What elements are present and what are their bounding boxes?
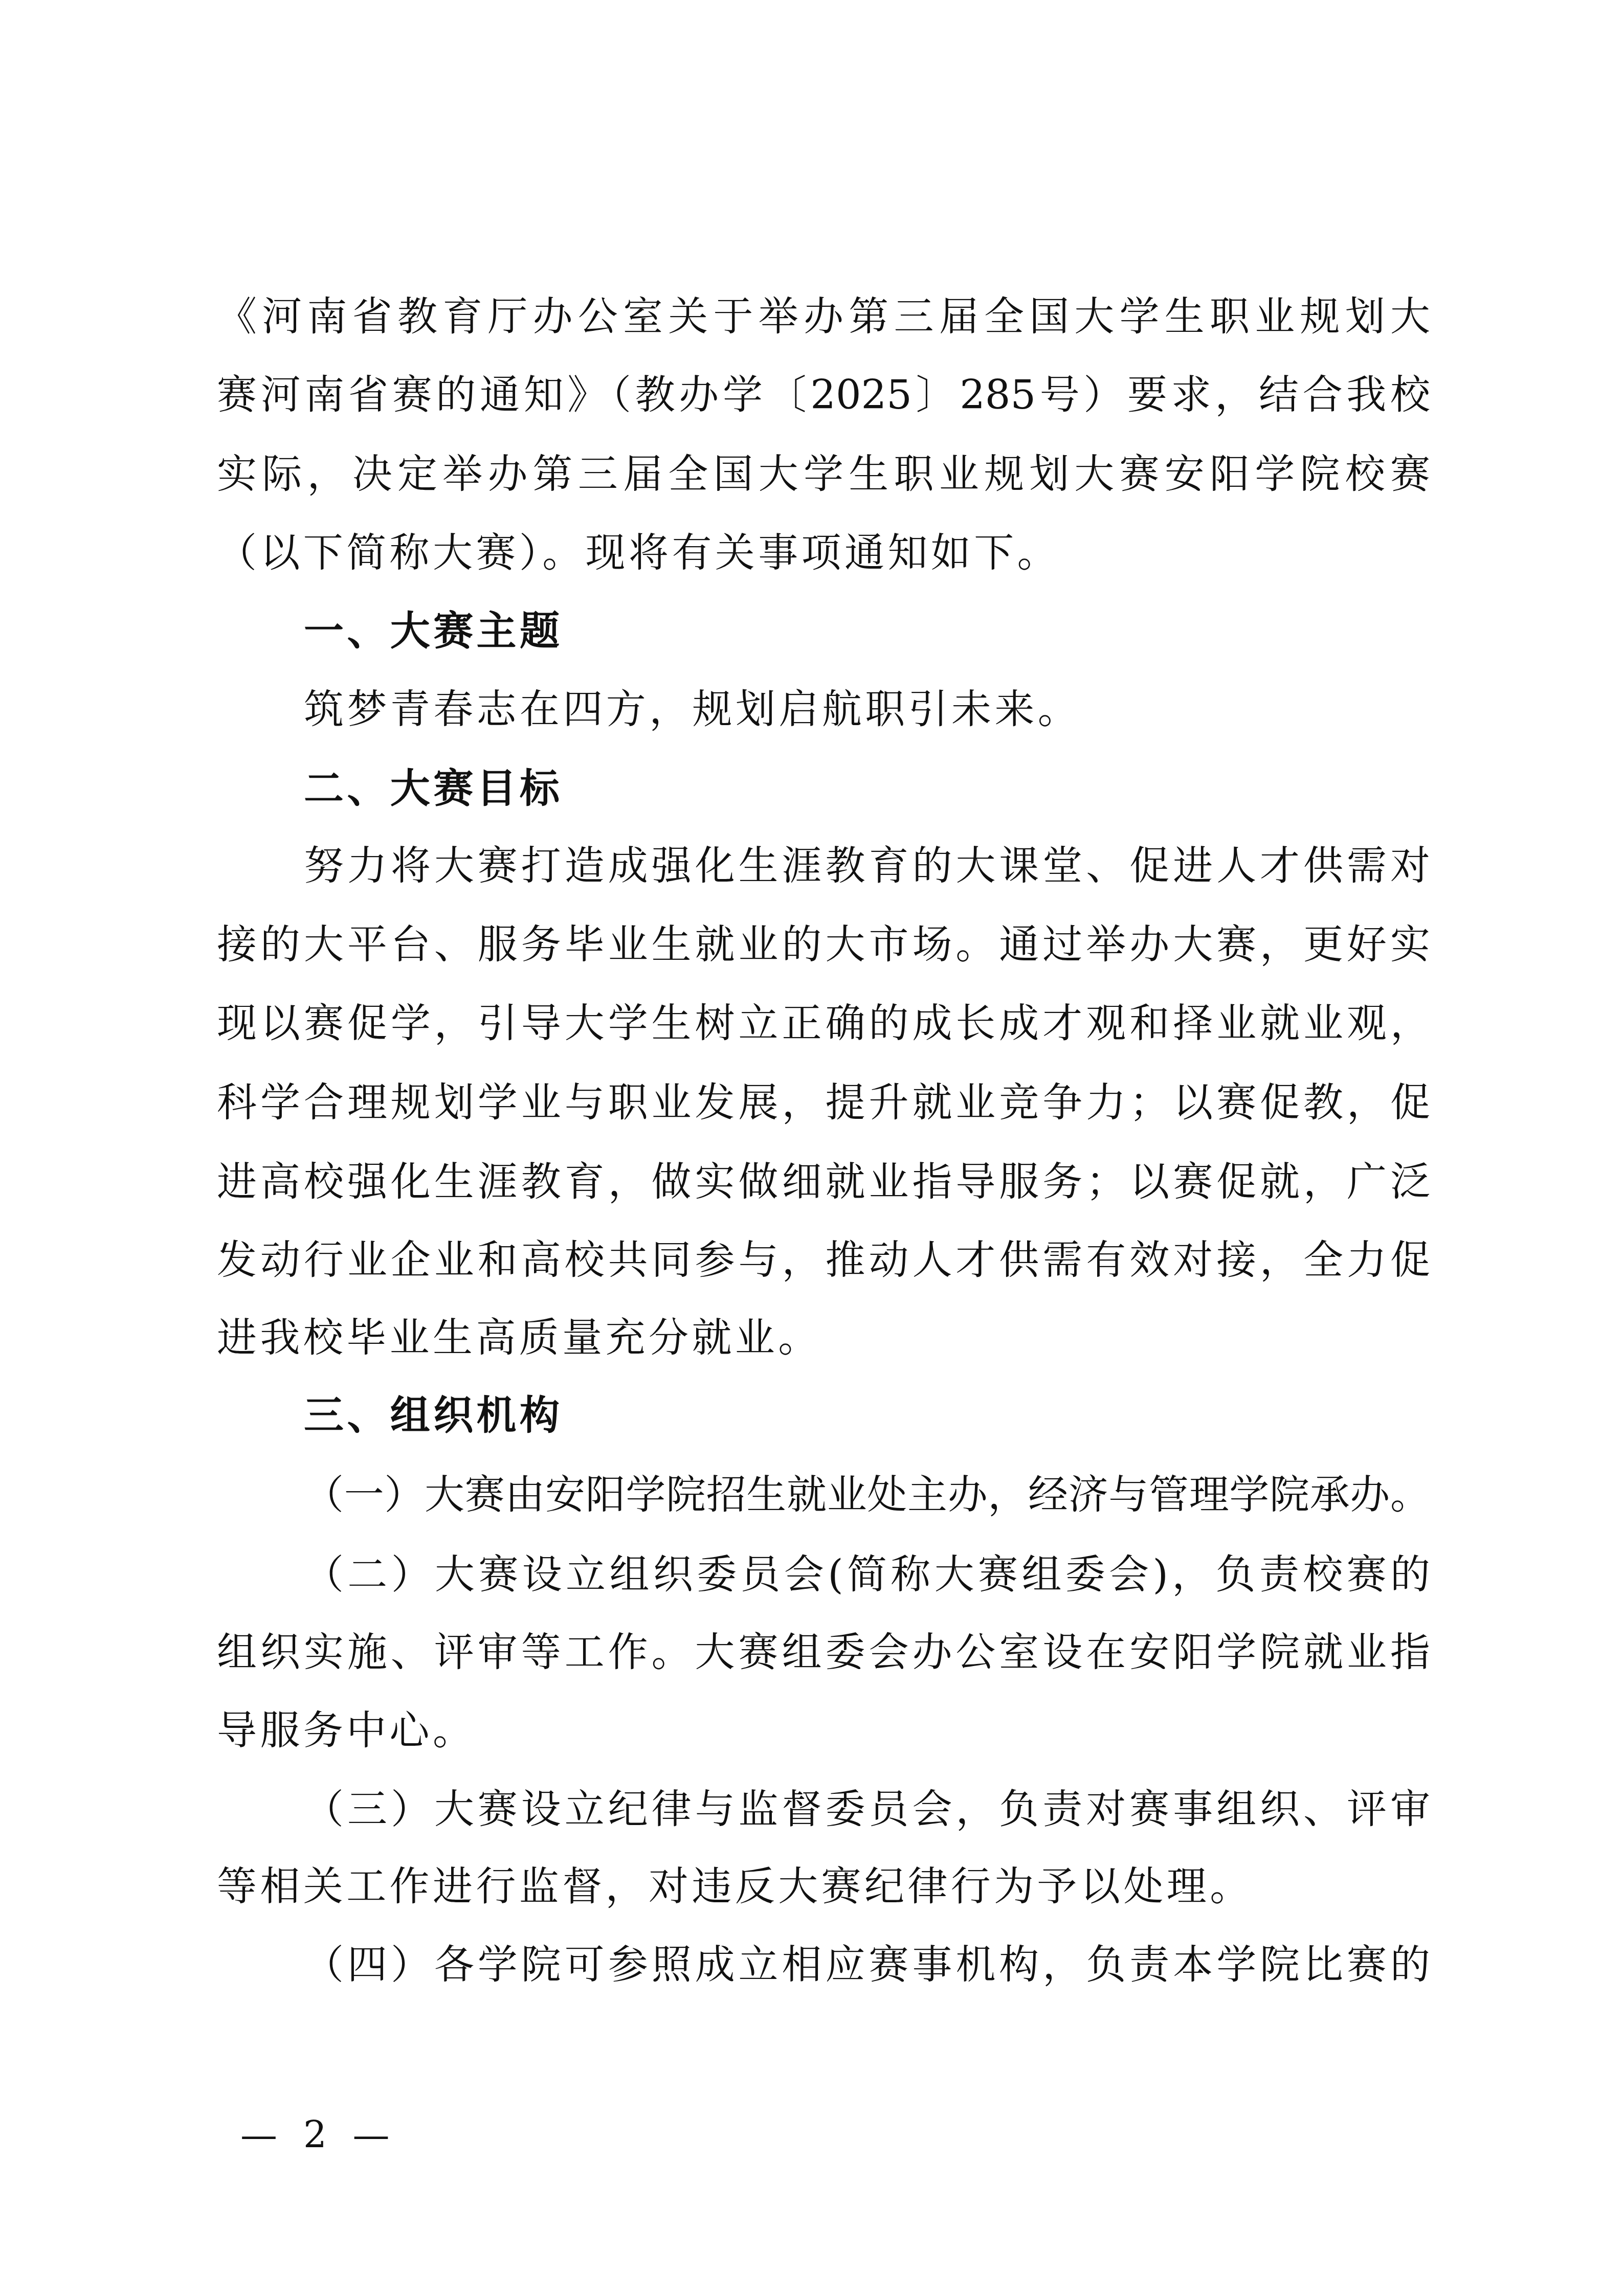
body-text-line: 《河南省教育厅办公室关于举办第三届全国大学生职业规划大: [217, 278, 1430, 356]
body-text-line: （三）大赛设立纪律与监督委员会，负责对赛事组织、评审: [304, 1770, 1430, 1849]
body-text-line: 导服务中心。: [217, 1692, 1430, 1770]
section-heading: 二、大赛目标: [304, 750, 1430, 828]
body-text-line: （以下简称大赛）。现将有关事项通知如下。: [217, 514, 1430, 593]
section-heading: 一、大赛主题: [304, 592, 1430, 671]
section-heading: 三、组织机构: [304, 1377, 1430, 1455]
body-text-line: 组织实施、评审等工作。大赛组委会办公室设在安阳学院就业指: [217, 1613, 1430, 1692]
body-text-line: 努力将大赛打造成强化生涯教育的大课堂、促进人才供需对: [304, 827, 1430, 906]
body-text-line: 实际，决定举办第三届全国大学生职业规划大赛安阳学院校赛: [217, 435, 1430, 514]
body-text-line: 等相关工作进行监督，对违反大赛纪律行为予以处理。: [217, 1848, 1430, 1926]
body-text-line: （四）各学院可参照成立相应赛事机构，负责本学院比赛的: [304, 1926, 1430, 2005]
body-text-line: 进高校强化生涯教育，做实做细就业指导服务；以赛促就，广泛: [217, 1143, 1430, 1222]
body-text-line: 赛河南省赛的通知》（教办学〔2025〕285号）要求，结合我校: [217, 356, 1430, 435]
body-text-line: 科学合理规划学业与职业发展，提升就业竞争力；以赛促教，促: [217, 1064, 1430, 1142]
body-text-line: 筑梦青春志在四方，规划启航职引未来。: [304, 670, 1430, 749]
body-text-line: 发动行业企业和高校共同参与，推动人才供需有效对接，全力促: [217, 1221, 1430, 1300]
body-text-line: 接的大平台、服务毕业生就业的大市场。通过举办大赛，更好实: [217, 906, 1430, 984]
page-number: — 2 —: [240, 2112, 397, 2158]
body-text-line: （一）大赛由安阳学院招生就业处主办，经济与管理学院承办。: [304, 1456, 1430, 1535]
body-text-line: 进我校毕业生高质量充分就业。: [217, 1299, 1430, 1378]
body-text-line: 现以赛促学，引导大学生树立正确的成长成才观和择业就业观，: [217, 984, 1430, 1063]
body-text-line: （二）大赛设立组织委员会(简称大赛组委会)，负责校赛的: [304, 1536, 1430, 1614]
